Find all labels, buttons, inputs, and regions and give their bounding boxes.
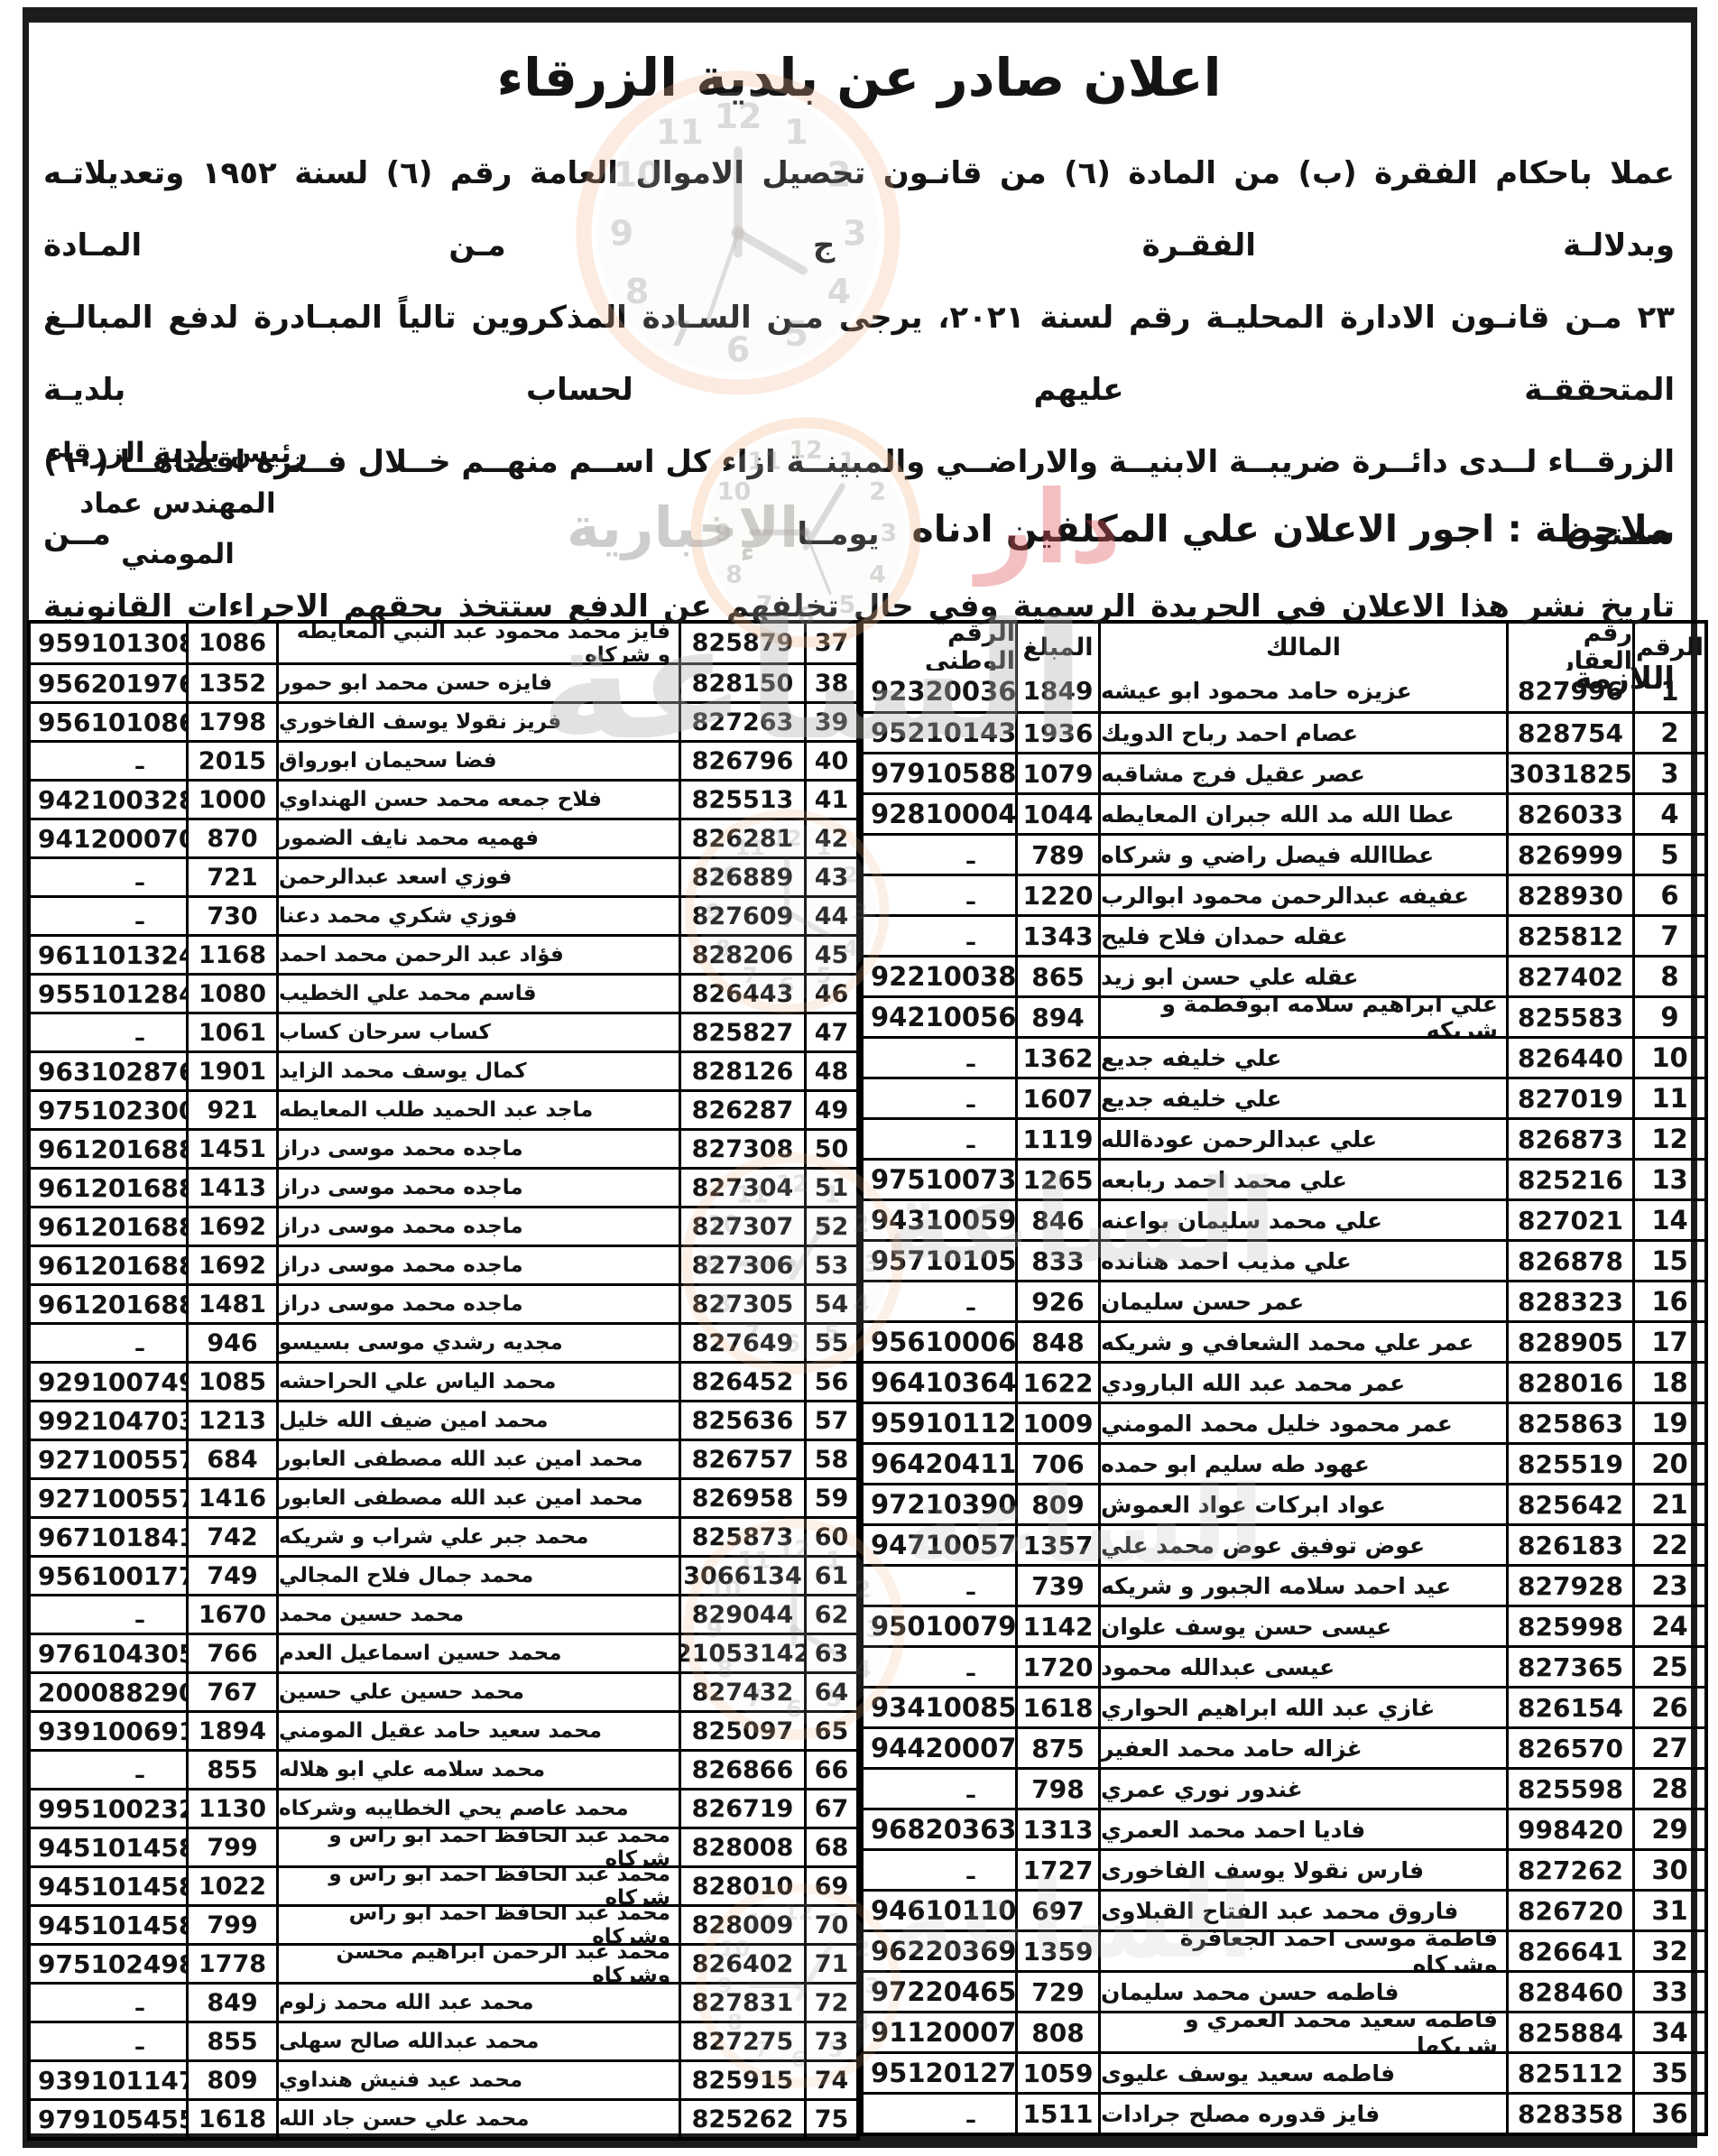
cell-row-number: 2 — [1632, 714, 1704, 752]
table-row: 96110132471168فؤاد عبد الرحمن محمد احمد8… — [31, 934, 856, 973]
table-row: 97510073601265علي محمد احمد ربابعه825216… — [864, 1158, 1704, 1198]
cell-property-number: 828126 — [679, 1053, 804, 1089]
table-row: ـ1220عفيفه عبدالرحمن محمود ابوالرب828930… — [864, 874, 1704, 914]
table-row: 2000882908767محمد حسين علي حسين82743264 — [31, 1671, 856, 1710]
cell-row-number: 21 — [1632, 1485, 1704, 1523]
body-line-1: عملا باحكام الفقرة (ب) من المادة (٦) من … — [43, 137, 1675, 282]
cell-property-number: 827308 — [679, 1131, 804, 1167]
cell-national-id: 9501007924 — [864, 1607, 1015, 1645]
table-row: ـ1511فايز قدوره مصلح جرادات82835836 — [864, 2092, 1704, 2133]
cell-property-number: 998420 — [1506, 1810, 1632, 1848]
cell-amount: 1727 — [1015, 1851, 1098, 1889]
table-row: ـ1607علي خليفه جديع82701911 — [864, 1077, 1704, 1117]
cell-national-id: 9391011475 — [31, 2062, 186, 2098]
cell-property-number: 825873 — [679, 1519, 804, 1555]
cell-amount: 1343 — [1015, 917, 1098, 955]
cell-property-number: 826958 — [679, 1480, 804, 1516]
cell-owner: ماجد عبد الحميد طلب المعايطه — [276, 1092, 679, 1128]
cell-property-number: 826889 — [679, 859, 804, 895]
cell-amount: 1451 — [186, 1131, 276, 1167]
cell-national-id: ـ — [864, 1851, 1015, 1889]
cell-national-id: 9761043057 — [31, 1635, 186, 1671]
cell-row-number: 53 — [804, 1247, 856, 1283]
cell-national-id: 9722046594 — [864, 1973, 1015, 2011]
table-row: ـ926عمر حسن سليمان82832316 — [864, 1280, 1704, 1320]
cell-national-id: ـ — [31, 859, 186, 895]
cell-row-number: 57 — [804, 1402, 856, 1439]
cell-property-number: 827306 — [679, 1247, 804, 1283]
cell-amount: 1142 — [1015, 1607, 1098, 1645]
cell-property-number: 21053142 — [679, 1635, 804, 1671]
cell-row-number: 71 — [804, 1946, 856, 1982]
cell-amount: 767 — [186, 1674, 276, 1710]
cell-property-number: 826033 — [1506, 795, 1632, 833]
table-row: ـ789عطاالله فيصل راضي و شركاه8269995 — [864, 833, 1704, 874]
cell-amount: 808 — [1015, 2013, 1098, 2051]
cell-property-number: 826719 — [679, 1790, 804, 1827]
cell-amount: 894 — [1015, 998, 1098, 1036]
cell-national-id: 9461011029 — [864, 1892, 1015, 1929]
cell-row-number: 60 — [804, 1519, 856, 1555]
cell-amount: 921 — [186, 1092, 276, 1128]
cell-row-number: 23 — [1632, 1567, 1704, 1605]
cell-property-number: 828905 — [1506, 1323, 1632, 1361]
cell-row-number: 5 — [1632, 836, 1704, 874]
cell-property-number: 825863 — [1506, 1404, 1632, 1442]
cell-owner: عقله علي حسن ابو زيد — [1098, 958, 1506, 995]
cell-property-number: 825262 — [679, 2101, 804, 2137]
cell-amount: 789 — [1015, 836, 1098, 874]
cell-amount: 1213 — [186, 1402, 276, 1439]
cell-row-number: 51 — [804, 1170, 856, 1206]
cell-property-number: 827649 — [679, 1325, 804, 1361]
cell-national-id: 9341008513 — [864, 1689, 1015, 1726]
cell-owner: محمد امين ضيف الله خليل — [276, 1402, 679, 1439]
cell-property-number: 3031825 — [1506, 754, 1632, 792]
cell-national-id: 9921047038 — [31, 1402, 186, 1439]
body-line-2: ٢٣ مـن قانـون الادارة المحليـة رقم لسنة … — [43, 282, 1675, 426]
cell-amount: 865 — [1015, 958, 1098, 995]
cell-owner: فؤاد عبد الرحمن محمد احمد — [276, 937, 679, 973]
cell-property-number: 828754 — [1506, 714, 1632, 752]
table-row: ـ1061كساب سرحان كساب82582747 — [31, 1012, 856, 1050]
cell-property-number: 825636 — [679, 1402, 804, 1439]
cell-owner: محمد عبدالله صالح سهلى — [276, 2023, 679, 2059]
table-row: 97910545531618محمد علي حسن جاد الله82526… — [31, 2098, 856, 2137]
cell-owner: عمر محمد عبد الله البارودي — [1098, 1364, 1506, 1402]
cell-owner: علي محمد احمد ربابعه — [1098, 1161, 1506, 1198]
cell-amount: 855 — [186, 2023, 276, 2059]
table-row: 9642041103706عهود طه سليم ابو حمده825519… — [864, 1442, 1704, 1483]
cell-property-number: 827831 — [679, 1985, 804, 2021]
cell-property-number: 827609 — [679, 898, 804, 934]
signature-title: رئيس بلدية الزرقاء — [38, 428, 318, 478]
cell-amount: 1168 — [186, 937, 276, 973]
table-row: 95910112111009عمر محمود خليل محمد المومن… — [864, 1402, 1704, 1442]
cell-amount: 946 — [186, 1325, 276, 1361]
cell-amount: 1901 — [186, 1053, 276, 1089]
table-row: 95120127091059فاطمه سعيد يوسف عليوى82511… — [864, 2051, 1704, 2092]
cell-national-id: 9391006916 — [31, 1713, 186, 1749]
cell-property-number: 825827 — [679, 1014, 804, 1050]
cell-property-number: 825598 — [1506, 1770, 1632, 1808]
table-row: ـ1720عيسى عبدالله محمود82736525 — [864, 1645, 1704, 1686]
cell-national-id: 9521014309 — [864, 714, 1015, 752]
cell-row-number: 28 — [1632, 1770, 1704, 1808]
cell-property-number: 827275 — [679, 2023, 804, 2059]
cell-owner: محمد عبد الله محمد زلوم — [276, 1985, 679, 2021]
cell-row-number: 10 — [1632, 1039, 1704, 1077]
cell-amount: 729 — [1015, 1973, 1098, 2011]
cell-amount: 1618 — [186, 2101, 276, 2137]
cell-national-id: 9281000460 — [864, 795, 1015, 833]
cell-owner: كساب سرحان كساب — [276, 1014, 679, 1050]
table-row: ـ1362علي خليفه جديع82644010 — [864, 1036, 1704, 1077]
table-row: 9421005624894علي ابراهيم سلامه ابوفطمة و… — [864, 995, 1704, 1036]
cell-owner: غازي عبد الله ابراهيم الحواري — [1098, 1689, 1506, 1726]
cell-property-number: 826570 — [1506, 1729, 1632, 1767]
cell-amount: 809 — [186, 2062, 276, 2098]
table-row: ـ2015فضا سحيمان ابورواق82679640 — [31, 740, 856, 779]
cell-amount: 926 — [1015, 1282, 1098, 1320]
property-table-rows-37-75: 95910130811086فايز محمد محمود عبد النبي … — [27, 620, 860, 2141]
cell-owner: محمد امين عبد الله مصطفى العابور — [276, 1480, 679, 1516]
cell-amount: 1692 — [186, 1208, 276, 1245]
cell-national-id: 9611013247 — [31, 937, 186, 973]
cell-property-number: 826757 — [679, 1441, 804, 1477]
note-line: ملاحظة : اجور الاعلان علي المكلفين ادناه — [911, 507, 1671, 551]
cell-amount: 1481 — [186, 1286, 276, 1322]
cell-owner: عيسى حسن يوسف علوان — [1098, 1607, 1506, 1645]
cell-owner: علي محمد سليمان بواعنه — [1098, 1201, 1506, 1239]
cell-row-number: 15 — [1632, 1242, 1704, 1280]
table-row: 96120168801451ماجده محمد موسى دراز827308… — [31, 1128, 856, 1167]
cell-owner: علي مذيب احمد هنانده — [1098, 1242, 1506, 1280]
cell-national-id: 9551012847 — [31, 976, 186, 1012]
cell-property-number: 827021 — [1506, 1201, 1632, 1239]
cell-owner: محمد عيد فنيش هنداوي — [276, 2062, 679, 2098]
cell-amount: 1130 — [186, 1790, 276, 1827]
table-row: 97510249881778محمد عبد الرحمن ابراهيم مح… — [31, 1943, 856, 1982]
table-row: 9751023008921ماجد عبد الحميد طلب المعايط… — [31, 1089, 856, 1128]
cell-amount: 1511 — [1015, 2095, 1098, 2133]
table-row: 9722046594729فاطمه حسن محمد سليمان828460… — [864, 1970, 1704, 2011]
cell-national-id: ـ — [864, 2095, 1015, 2133]
cell-amount: 706 — [1015, 1445, 1098, 1483]
cell-row-number: 13 — [1632, 1161, 1704, 1198]
cell-owner: محمد امين عبد الله مصطفى العابور — [276, 1441, 679, 1477]
cell-amount: 739 — [1015, 1567, 1098, 1605]
table-row: 9571010598833علي مذيب احمد هنانده8268781… — [864, 1239, 1704, 1280]
cell-national-id: 9291007494 — [31, 1364, 186, 1400]
cell-owner: علي خليفه جديع — [1098, 1039, 1506, 1077]
table-row: 97910588571079عصر عقيل فرج مشاقبه3031825… — [864, 752, 1704, 792]
cell-national-id: ـ — [864, 1648, 1015, 1686]
table-row: 92910074941085محمد الياس علي الحراحشه826… — [31, 1361, 856, 1400]
cell-national-id: 9622036919 — [864, 1932, 1015, 1970]
cell-amount: 1362 — [1015, 1039, 1098, 1077]
cell-property-number: 828016 — [1506, 1364, 1632, 1402]
cell-row-number: 41 — [804, 782, 856, 818]
cell-national-id: ـ — [31, 1752, 186, 1788]
table-row: 93910069161894محمد سعيد حامد عقيل المومن… — [31, 1710, 856, 1749]
cell-national-id: ـ — [31, 1985, 186, 2021]
cell-amount: 870 — [186, 820, 276, 856]
table-row: 96220369191359فاطمة موسى احمد الجعافرة و… — [864, 1929, 1704, 1970]
table-row: ـ730فوزي شكري محمد دعنا82760944 — [31, 895, 856, 934]
cell-property-number: 825519 — [1506, 1445, 1632, 1483]
table-row: ـ798غندور نوري عمري82559828 — [864, 1767, 1704, 1808]
table-row: 95010079241142عيسى حسن يوسف علوان8259982… — [864, 1605, 1704, 1645]
cell-property-number: 828460 — [1506, 1973, 1632, 2011]
table-row: 92810004601044عطا الله مد الله جبران الم… — [864, 792, 1704, 833]
table-row: 9721039082809عواد ابركات عواد العموش8256… — [864, 1483, 1704, 1523]
cell-row-number: 25 — [1632, 1648, 1704, 1686]
cell-national-id: ـ — [864, 836, 1015, 874]
cell-national-id: 9421005624 — [864, 998, 1015, 1036]
table-row: 9431005956846علي محمد سليمان بواعنه82702… — [864, 1198, 1704, 1239]
cell-row-number: 40 — [804, 743, 856, 779]
cell-row-number: 22 — [1632, 1526, 1704, 1564]
cell-owner: فضا سحيمان ابورواق — [276, 743, 679, 779]
table-row: 95510128471080قاسم محمد علي الخطيب826443… — [31, 973, 856, 1012]
cell-row-number: 54 — [804, 1286, 856, 1322]
cell-row-number: 42 — [804, 820, 856, 856]
cell-property-number: 825915 — [679, 2062, 804, 2098]
cell-property-number: 826878 — [1506, 1242, 1632, 1280]
cell-row-number: 33 — [1632, 1973, 1704, 2011]
cell-property-number: 826443 — [679, 976, 804, 1012]
cell-amount: 1413 — [186, 1170, 276, 1206]
cell-row-number: 29 — [1632, 1810, 1704, 1848]
table-row: 9561000646848عمر علي محمد الشعافي و شريك… — [864, 1320, 1704, 1361]
cell-amount: 799 — [186, 1907, 276, 1943]
cell-national-id: 9571010598 — [864, 1242, 1015, 1280]
cell-row-number: 12 — [1632, 1120, 1704, 1158]
cell-owner: عمر محمود خليل محمد المومني — [1098, 1404, 1506, 1442]
cell-property-number: 825216 — [1506, 1161, 1632, 1198]
cell-row-number: 64 — [804, 1674, 856, 1710]
cell-amount: 1009 — [1015, 1404, 1098, 1442]
cell-owner: محمد عاصم يحي الخطايبه وشركاه — [276, 1790, 679, 1827]
cell-row-number: 59 — [804, 1480, 856, 1516]
cell-amount: 1416 — [186, 1480, 276, 1516]
cell-national-id: ـ — [31, 2023, 186, 2059]
cell-national-id: ـ — [31, 743, 186, 779]
table-row: 9271005575684محمد امين عبد الله مصطفى ال… — [31, 1439, 856, 1477]
cell-national-id: 9612016880 — [31, 1131, 186, 1167]
cell-row-number: 62 — [804, 1596, 856, 1633]
cell-property-number: 826452 — [679, 1364, 804, 1400]
cell-property-number: 829044 — [679, 1596, 804, 1633]
cell-national-id: 9221003820 — [864, 958, 1015, 995]
cell-owner: فاديا احمد محمد العمري — [1098, 1810, 1506, 1848]
cell-owner: علي خليفه جديع — [1098, 1079, 1506, 1117]
cell-owner: عواد ابركات عواد العموش — [1098, 1485, 1506, 1523]
cell-amount: 1936 — [1015, 714, 1098, 752]
cell-amount: 1357 — [1015, 1526, 1098, 1564]
table-row: 9412000701870فهميه محمد نايف الضمور82628… — [31, 818, 856, 856]
cell-row-number: 58 — [804, 1441, 856, 1477]
cell-property-number: 826796 — [679, 743, 804, 779]
cell-row-number: 66 — [804, 1752, 856, 1788]
table-body: 92320036311849عزيزه حامد محمود ابو عيشه8… — [864, 671, 1704, 2133]
cell-row-number: 9 — [1632, 998, 1704, 1036]
cell-row-number: 55 — [804, 1325, 856, 1361]
table-row: 96120168801481ماجده محمد موسى دراز827305… — [31, 1283, 856, 1322]
cell-amount: 849 — [186, 1985, 276, 2021]
cell-property-number: 828323 — [1506, 1282, 1632, 1320]
cell-amount: 809 — [1015, 1485, 1098, 1523]
cell-row-number: 4 — [1632, 795, 1704, 833]
table-row: 9451014589799محمد عبد الحافظ احمد ابو را… — [31, 1904, 856, 1943]
cell-owner: محمد عبد الحافظ احمد ابو راس و شركاه — [276, 1829, 679, 1865]
cell-amount: 848 — [1015, 1323, 1098, 1361]
cell-national-id: ـ — [864, 1039, 1015, 1077]
cell-row-number: 6 — [1632, 876, 1704, 914]
cell-row-number: 26 — [1632, 1689, 1704, 1726]
cell-owner: محمد عبد الحافظ احمد ابو راس و شركاه — [276, 1868, 679, 1904]
cell-owner: فلاح جمعه محمد حسن الهنداوي — [276, 782, 679, 818]
table-row: 9221003820865عقله علي حسن ابو زيد8274028 — [864, 955, 1704, 995]
cell-national-id: 9682036373 — [864, 1810, 1015, 1848]
table-row: 96410364021622عمر محمد عبد الله البارودي… — [864, 1361, 1704, 1402]
cell-amount: 2015 — [186, 743, 276, 779]
cell-owner: ماجده محمد موسى دراز — [276, 1208, 679, 1245]
cell-row-number: 63 — [804, 1635, 856, 1671]
cell-property-number: 3066134 — [679, 1558, 804, 1594]
table-row: 93410085131618غازي عبد الله ابراهيم الحو… — [864, 1686, 1704, 1726]
cell-row-number: 65 — [804, 1713, 856, 1749]
cell-row-number: 70 — [804, 1907, 856, 1943]
cell-owner: عصام احمد رباح الدويك — [1098, 714, 1506, 752]
page-title: اعلان صادر عن بلدية الزرقاء — [0, 47, 1718, 108]
cell-amount: 1618 — [1015, 1689, 1098, 1726]
cell-owner: فاطمة موسى احمد الجعافرة وشركاه — [1098, 1932, 1506, 1970]
table-row: 94710057511357عوض توفيق عوض محمد علي8261… — [864, 1523, 1704, 1564]
table-row: 9671018411742محمد جبر علي شراب و شريكه82… — [31, 1516, 856, 1555]
table-row: 9451014589799محمد عبد الحافظ احمد ابو را… — [31, 1827, 856, 1865]
cell-property-number: 827304 — [679, 1170, 804, 1206]
cell-row-number: 34 — [1632, 2013, 1704, 2051]
cell-owner: مجديه رشدي موسى بسيسو — [276, 1325, 679, 1361]
table-row: 9442000721875غزاله حامد محمد العفير82657… — [864, 1726, 1704, 1767]
cell-owner: ماجده محمد موسى دراز — [276, 1170, 679, 1206]
cell-owner: عمر حسن سليمان — [1098, 1282, 1506, 1320]
cell-row-number: 11 — [1632, 1079, 1704, 1117]
cell-row-number: 16 — [1632, 1282, 1704, 1320]
cell-property-number: 828930 — [1506, 876, 1632, 914]
cell-national-id: 9721039082 — [864, 1485, 1015, 1523]
cell-owner: محمد جبر علي شراب و شريكه — [276, 1519, 679, 1555]
cell-row-number: 18 — [1632, 1364, 1704, 1402]
cell-row-number: 3 — [1632, 754, 1704, 792]
cell-national-id: 9451014589 — [31, 1868, 186, 1904]
cell-amount: 766 — [186, 1635, 276, 1671]
cell-row-number: 46 — [804, 976, 856, 1012]
cell-amount: 730 — [186, 898, 276, 934]
table-row: ـ946مجديه رشدي موسى بسيسو82764955 — [31, 1322, 856, 1361]
cell-row-number: 43 — [804, 859, 856, 895]
cell-property-number: 825642 — [1506, 1485, 1632, 1523]
cell-national-id: 9561000646 — [864, 1323, 1015, 1361]
cell-amount: 1059 — [1015, 2054, 1098, 2092]
cell-owner: عهود طه سليم ابو حمده — [1098, 1445, 1506, 1483]
cell-property-number: 826183 — [1506, 1526, 1632, 1564]
table-row: ـ1343عقله حمدان فلاح فليح8258127 — [864, 914, 1704, 955]
cell-amount: 1359 — [1015, 1932, 1098, 1970]
cell-row-number: 32 — [1632, 1932, 1704, 1970]
cell-owner: كمال يوسف محمد الزايد — [276, 1053, 679, 1089]
cell-amount: 742 — [186, 1519, 276, 1555]
cell-national-id: ـ — [31, 1596, 186, 1633]
signature-block: رئيس بلدية الزرقاء المهندس عماد المومني — [38, 428, 318, 579]
cell-national-id: 9751007360 — [864, 1161, 1015, 1198]
cell-amount: 1061 — [186, 1014, 276, 1050]
cell-national-id: ـ — [864, 917, 1015, 955]
cell-national-id: ـ — [31, 1014, 186, 1050]
cell-row-number: 61 — [804, 1558, 856, 1594]
cell-row-number: 73 — [804, 2023, 856, 2059]
cell-property-number: 826866 — [679, 1752, 804, 1788]
cell-row-number: 49 — [804, 1092, 856, 1128]
cell-row-number: 7 — [1632, 917, 1704, 955]
cell-owner: عيسى عبدالله محمود — [1098, 1648, 1506, 1686]
cell-owner: محمد حسين محمد — [276, 1596, 679, 1633]
cell-property-number: 826402 — [679, 1946, 804, 1982]
cell-property-number: 828010 — [679, 1868, 804, 1904]
cell-property-number: 825583 — [1506, 998, 1632, 1036]
cell-owner: فاروق محمد عبد الفتاح القبلاوى — [1098, 1892, 1506, 1929]
cell-owner: عوض توفيق عوض محمد علي — [1098, 1526, 1506, 1564]
cell-property-number: 826440 — [1506, 1039, 1632, 1077]
cell-row-number: 36 — [1632, 2095, 1704, 2133]
cell-owner: فاطمه سعيد محمد العمري و شريكها — [1098, 2013, 1506, 2051]
cell-row-number: 47 — [804, 1014, 856, 1050]
cell-owner: محمد عبد الحافظ احمد ابو راس وشركاه — [276, 1907, 679, 1943]
cell-national-id: 9642041103 — [864, 1445, 1015, 1483]
cell-national-id: 9471005751 — [864, 1526, 1015, 1564]
cell-property-number: 828358 — [1506, 2095, 1632, 2133]
cell-national-id: ـ — [864, 1567, 1015, 1605]
cell-amount: 1119 — [1015, 1120, 1098, 1158]
cell-national-id: 9791054553 — [31, 2101, 186, 2137]
cell-amount: 684 — [186, 1441, 276, 1477]
cell-owner: فوزي شكري محمد دعنا — [276, 898, 679, 934]
cell-owner: محمد الياس علي الحراحشه — [276, 1364, 679, 1400]
table-row: 9761043057766محمد حسين اسماعيل العدم2105… — [31, 1633, 856, 1671]
cell-owner: فاطمه حسن محمد سليمان — [1098, 1973, 1506, 2011]
cell-national-id: 9612016880 — [31, 1170, 186, 1206]
cell-row-number: 14 — [1632, 1201, 1704, 1239]
cell-row-number: 17 — [1632, 1323, 1704, 1361]
cell-amount: 1622 — [1015, 1364, 1098, 1402]
cell-national-id: 9612016880 — [31, 1208, 186, 1245]
cell-property-number: 827365 — [1506, 1648, 1632, 1686]
table-row: 96820363731313فاديا احمد محمد العمري9984… — [864, 1808, 1704, 1848]
table-row: 96120168801692ماجده محمد موسى دراز827306… — [31, 1245, 856, 1283]
cell-row-number: 20 — [1632, 1445, 1704, 1483]
cell-owner: غندور نوري عمري — [1098, 1770, 1506, 1808]
cell-national-id: 9631028764 — [31, 1053, 186, 1089]
cell-owner: فاطمه سعيد يوسف عليوى — [1098, 2054, 1506, 2092]
table-row: 96120168801413ماجده محمد موسى دراز827304… — [31, 1167, 856, 1206]
table-row: 92710055751416محمد امين عبد الله مصطفى ا… — [31, 1477, 856, 1516]
cell-property-number: 826641 — [1506, 1932, 1632, 1970]
cell-property-number: 826154 — [1506, 1689, 1632, 1726]
cell-owner: محمد عبد الرحمن ابراهيم محسن وشركاه — [276, 1946, 679, 1982]
table-row: 99210470381213محمد امين ضيف الله خليل825… — [31, 1400, 856, 1439]
